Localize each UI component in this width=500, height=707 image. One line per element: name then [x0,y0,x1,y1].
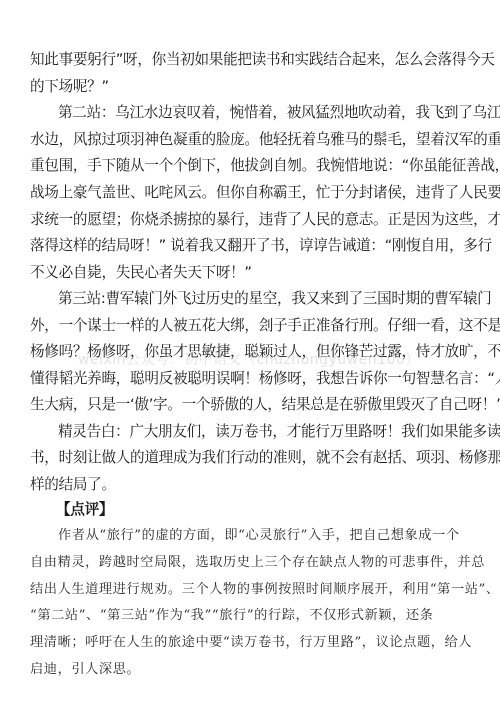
body-line: 知此事要躬行”呀，你当初如果能把读书和实践结合起来，怎么会落得今天 [30,51,472,69]
body-line: 落得这样的结局呀！” 说着我又翻开了书，谆谆告诫道：“刚愎自用，多行 [30,237,472,255]
comment-line: 结出人生道理进行规劝。三个人物的事例按照时间顺序展开，利用“第一站”、 [30,581,472,599]
paragraph-epilogue-start: 精灵告白：广大朋友们，读万卷书，才能行万里路呀！我们如果能多读 [58,423,472,441]
body-line: 战场上豪气盖世、叱咤风云。但你自称霸王，忙于分封诸侯，违背了人民要 [30,184,472,202]
body-line: 求统一的愿望；你烧杀掳掠的暴行，违背了人民的意志。正是因为这些，才 [30,211,472,229]
body-line: 的下场呢？” [30,78,472,96]
body-line: 重包围，手下随从一个个倒下，他拔剑自刎。我惋惜地说：“你虽能征善战， [30,157,472,175]
comment-line: “第二站”、“第三站”作为“我”“旅行”的行踪，不仅形式新颖，还条 [30,607,472,625]
body-line: 样的结局了。 [30,476,472,494]
watermark-text: weixin公众号：初中语文（chuzhongyuwen100） [78,349,420,369]
comment-line: 理清晰；呼吁在人生的旅途中要“读万卷书，行万里路”，议论点题，给人 [30,634,472,652]
document-page: 知此事要躬行”呀，你当初如果能把读书和实践结合起来，怎么会落得今天 的下场呢？”… [0,0,500,707]
comment-line: 自由精灵，跨越时空局限，选取历史上三个存在缺点人物的可悲事件，并总 [30,554,472,572]
body-line: 懂得韬光养晦，聪明反被聪明误啊！杨修呀，我想告诉你一句智慧名言：“人 [30,370,472,388]
paragraph-station-three-start: 第三站:曹军辕门外飞过历史的星空，我又来到了三国时期的曹军辕门 [58,290,472,308]
comment-line: 启迪，引人深思。 [30,661,472,679]
comment-heading: 【点评】 [56,501,498,519]
body-line: 生大病，只是一‘傲’字。一个骄傲的人，结果总是在骄傲里毁灭了自己呀！” [30,396,472,414]
body-line: 书，时刻让做人的道理成为我们行动的准则，就不会有赵括、项羽、杨修那 [30,449,472,467]
body-line: 外，一个谋士一样的人被五花大绑，刽子手正准备行刑。仔细一看，这不是 [30,317,472,335]
body-line: 水边，风掠过项羽神色凝重的脸庞。他轻抚着乌雅马的鬃毛，望着汉军的重 [30,131,472,149]
body-line: 不义必自毙，失民心者失天下呀！” [30,264,472,282]
comment-line: 作者从“旅行”的虚的方面，即“心灵旅行”入手，把自己想象成一个 [58,527,472,545]
paragraph-station-two-start: 第二站：乌江水边哀叹着，惋惜着，被风猛烈地吹动着，我飞到了乌江 [58,104,472,122]
